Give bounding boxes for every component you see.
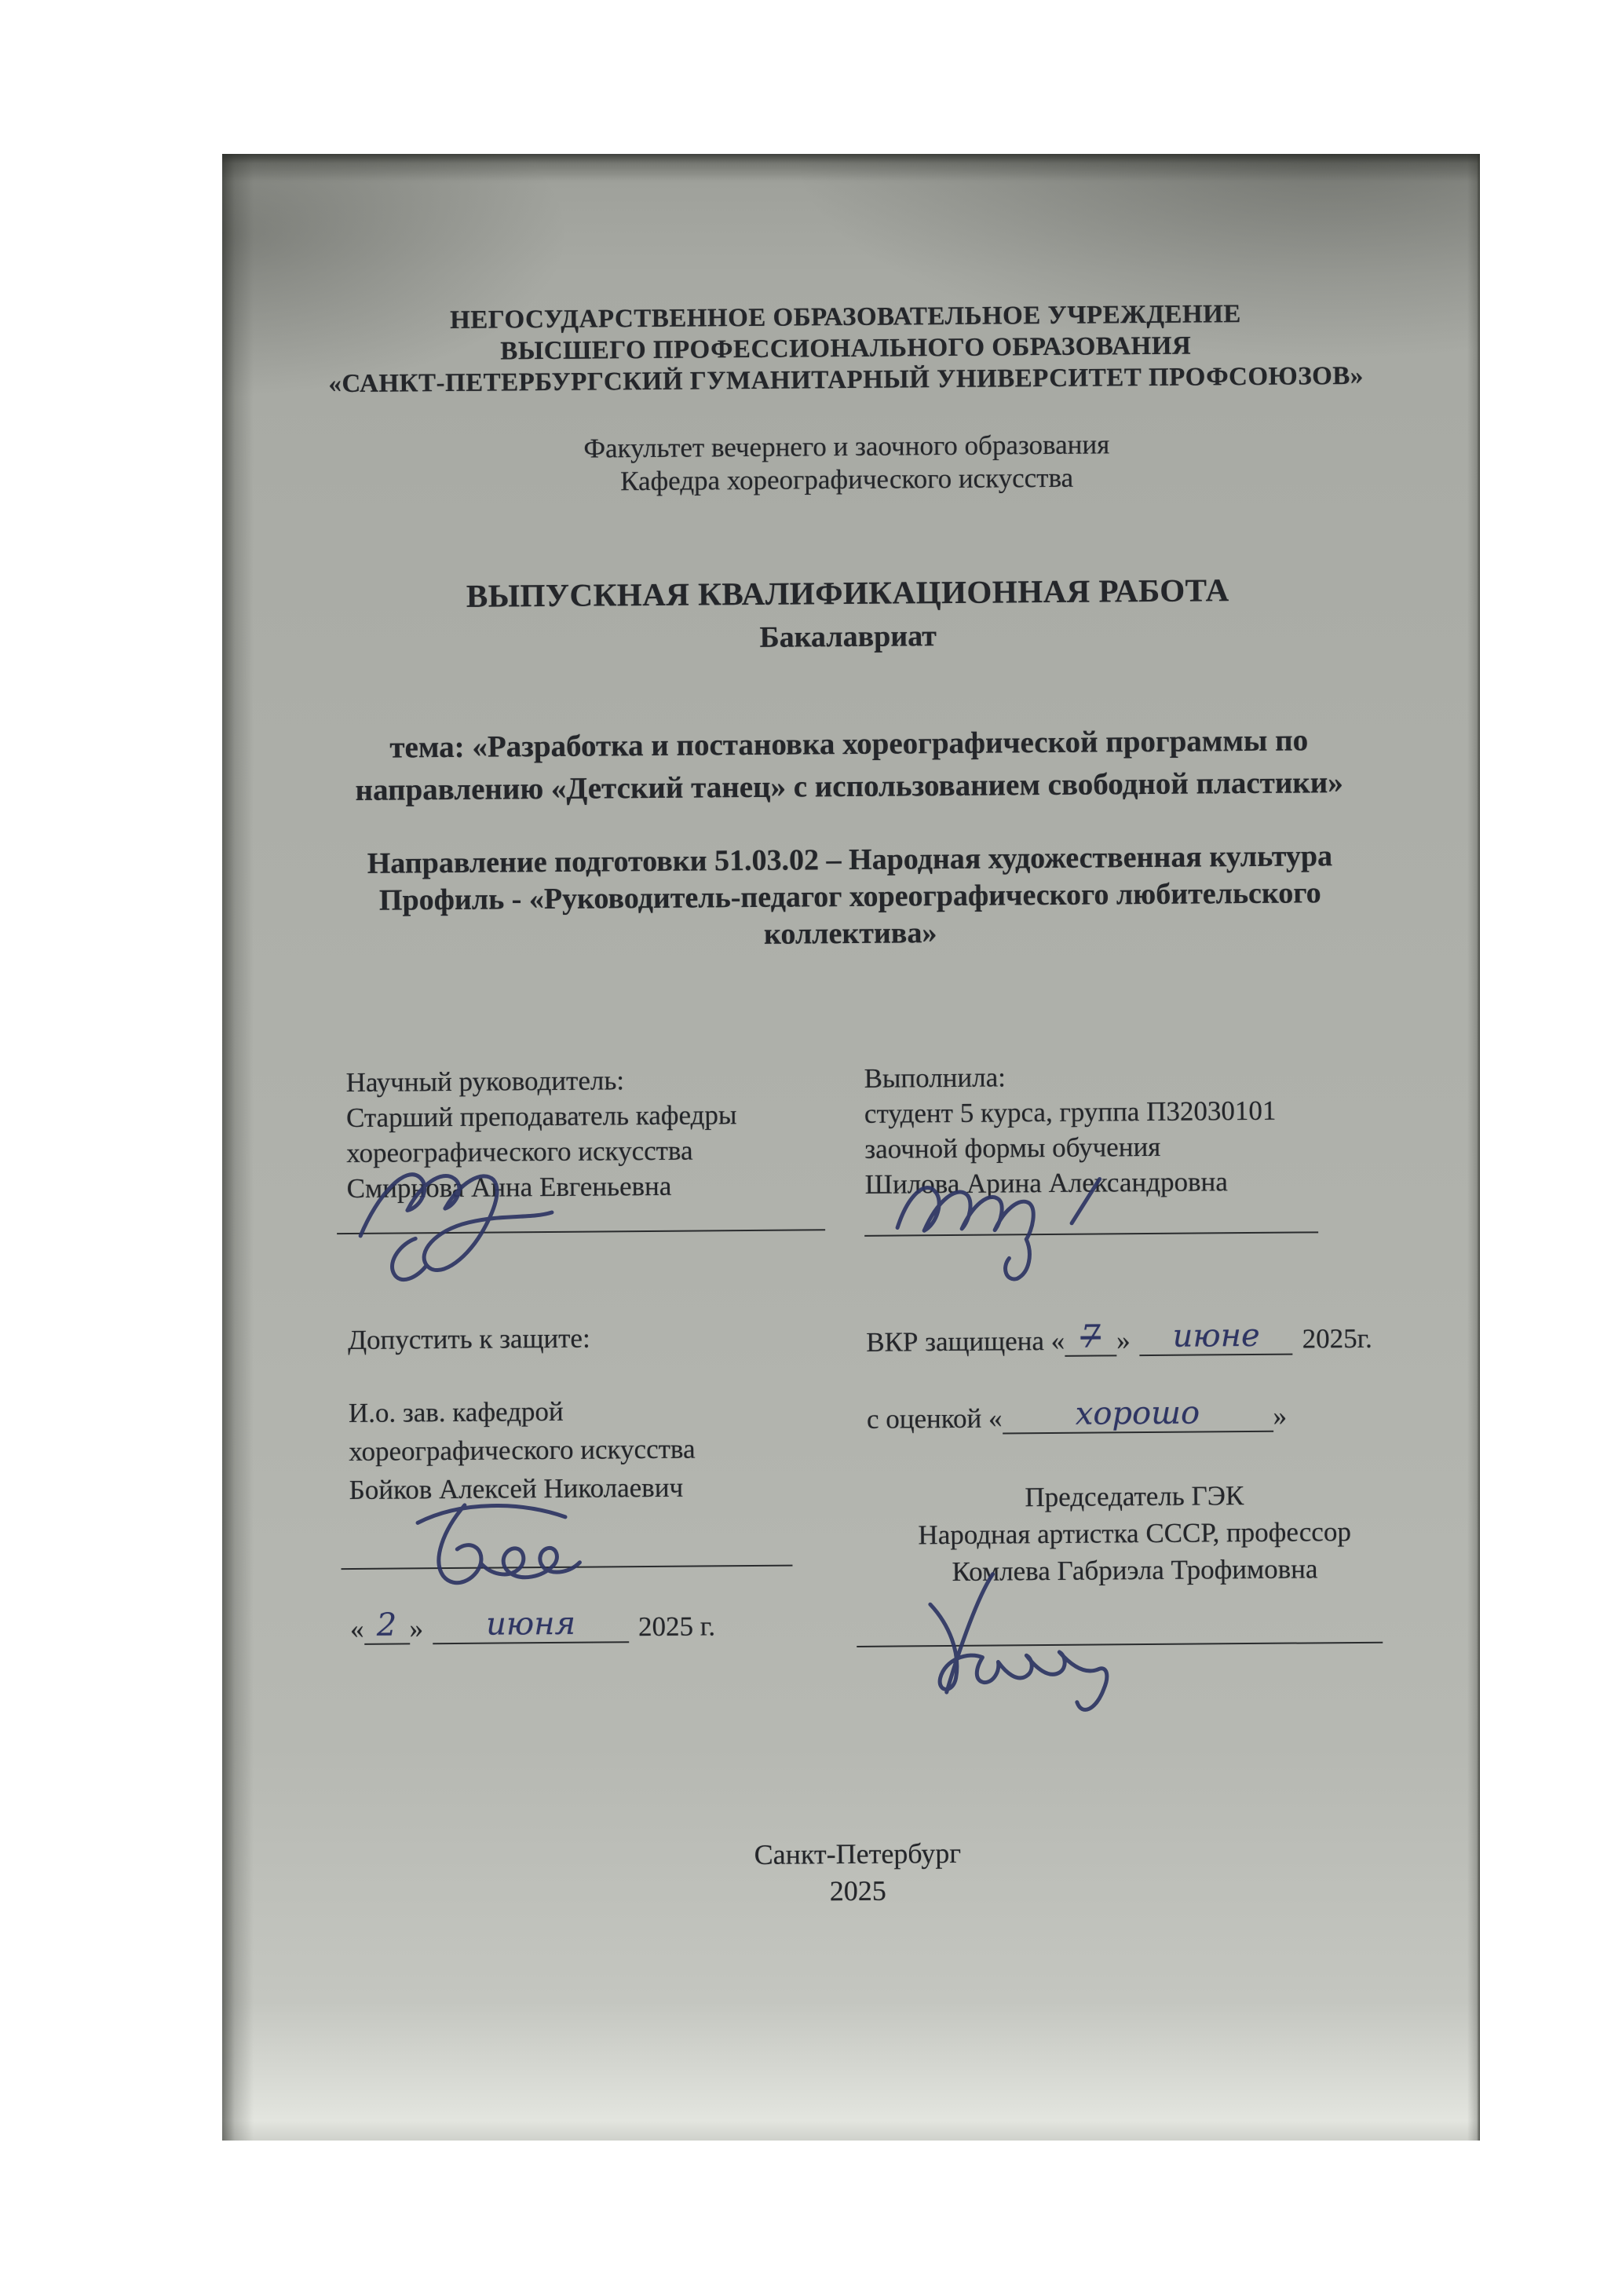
direction-profile-block: Направление подготовки 51.03.02 – Народн… — [222, 837, 1479, 958]
chairman-signature — [893, 1555, 1225, 1726]
topic-line-2: направлению «Детский танец» с использова… — [222, 761, 1478, 813]
defense-year: 2025г. — [1302, 1323, 1372, 1355]
defense-month-handwritten: июне — [1172, 1318, 1259, 1355]
chairman-honors: Народная артистка СССР, профессор — [860, 1512, 1409, 1553]
admission-month-blank: июня — [433, 1610, 629, 1644]
supervisor-label: Научный руководитель: — [345, 1062, 736, 1100]
admission-position-1: И.о. зав. кафедрой — [349, 1391, 696, 1432]
faculty-block: Факультет вечернего и заочного образован… — [222, 426, 1476, 502]
admission-date-open-quote: « — [350, 1614, 364, 1644]
document-photo: НЕГОСУДАРСТВЕННОЕ ОБРАЗОВАТЕЛЬНОЕ УЧРЕЖД… — [222, 154, 1480, 2141]
grade-close-quote: » — [1273, 1401, 1287, 1431]
author-signature — [875, 1147, 1142, 1291]
admission-day-handwritten: 2 — [377, 1607, 397, 1643]
imprint-block: Санкт-Петербург 2025 — [228, 1831, 1480, 1915]
defense-month-blank: июне — [1140, 1322, 1293, 1357]
thesis-topic: тема: «Разработка и постановка хореограф… — [222, 718, 1478, 813]
grade-row: с оценкой «хорошо» — [867, 1399, 1287, 1435]
defense-close-quote: » — [1116, 1325, 1131, 1355]
chairman-title: Председатель ГЭК — [860, 1475, 1409, 1516]
grade-blank: хорошо — [1002, 1399, 1273, 1435]
admission-date-close-quote: » — [409, 1613, 423, 1643]
admission-month-handwritten: июня — [486, 1606, 575, 1643]
admission-label: Допустить к защите: — [348, 1323, 590, 1356]
admission-year: 2025 г. — [638, 1610, 715, 1642]
defense-day-handwritten: 7 — [1080, 1319, 1101, 1355]
work-type-title: ВЫПУСКНАЯ КВАЛИФИКАЦИОННАЯ РАБОТА — [222, 569, 1477, 617]
admission-date-row: «2»июня2025 г. — [350, 1609, 715, 1645]
supervisor-signature — [333, 1118, 570, 1289]
degree-subtitle: Бакалавриат — [222, 615, 1477, 660]
organization-name: НЕГОСУДАРСТВЕННОЕ ОБРАЗОВАТЕЛЬНОЕ УЧРЕЖД… — [222, 297, 1475, 401]
admission-day-blank: 2 — [363, 1611, 409, 1644]
grade-label: с оценкой « — [867, 1402, 1003, 1434]
author-line-1: студент 5 курса, группа П32030101 — [864, 1093, 1277, 1132]
defense-day-blank: 7 — [1065, 1323, 1116, 1357]
scan-background: НЕГОСУДАРСТВЕННОЕ ОБРАЗОВАТЕЛЬНОЕ УЧРЕЖД… — [0, 0, 1622, 2296]
grade-handwritten: хорошо — [1076, 1395, 1200, 1432]
author-label: Выполнила: — [864, 1058, 1276, 1096]
defense-prefix: ВКР защищена « — [866, 1325, 1065, 1358]
page-content: НЕГОСУДАРСТВЕННОЕ ОБРАЗОВАТЕЛЬНОЕ УЧРЕЖД… — [222, 154, 1480, 2141]
defense-date-row: ВКР защищена «7»июне2025г. — [866, 1322, 1372, 1358]
admission-signature — [383, 1486, 627, 1610]
admission-position-2: хореографического искусства — [349, 1430, 696, 1471]
